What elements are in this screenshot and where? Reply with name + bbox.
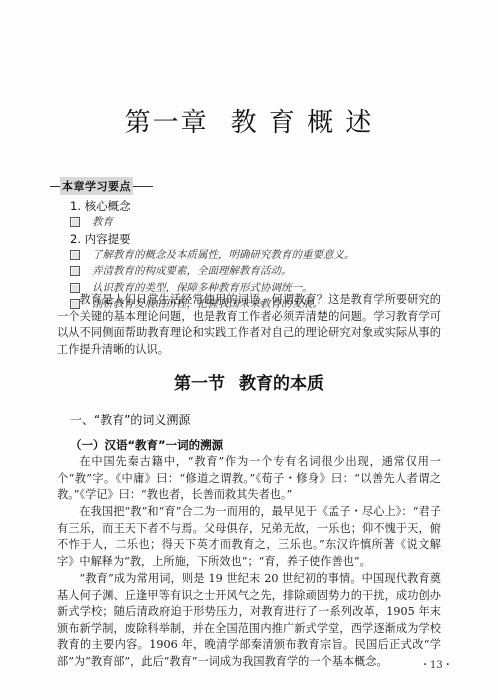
chapter-number: 第一章	[125, 108, 209, 138]
document-page: 第一章教 育 概 述 本章学习要点 1. 核心概念 教育 2. 内容提要 了解教…	[0, 0, 498, 700]
list-item: 弄清教育的构成要素，全面理解教育活动。	[70, 263, 355, 280]
content-heading: 2. 内容提要	[70, 231, 355, 247]
chapter-title: 第一章教 育 概 述	[0, 102, 498, 139]
list-item: 了解教育的概念及本质属性，明确研究教育的重要意义。	[70, 247, 355, 264]
section-name: 教育的本质	[239, 374, 324, 394]
list-item: 教育	[70, 214, 355, 231]
subsection-heading-1: 一、“教育”的词义溯源	[70, 411, 190, 428]
checkbox-icon	[70, 250, 80, 260]
core-concepts-heading: 1. 核心概念	[70, 198, 355, 214]
checkbox-icon	[70, 266, 80, 276]
chapter-name: 教 育 概 述	[231, 108, 374, 138]
body-paragraph-2: 在我国把“教”和“育”合二为一而用的，最早见于《孟子・尽心上》：“君子有三乐，而…	[57, 504, 441, 570]
checkbox-icon	[70, 217, 80, 227]
body-paragraph-1: 在中国先秦古籍中，“教育”作为一个专有名词很少出现，通常仅用一个“教”字。《中庸…	[57, 454, 441, 504]
subsection-heading-2: （一）汉语“教育”一词的溯源	[70, 437, 223, 453]
section-title: 第一节教育的本质	[0, 369, 498, 394]
divider-right	[133, 186, 153, 187]
intro-paragraph: 教育是人们日常生活经常使用的词语。何谓教育？这是教育学所要研究的一个关键的基本理…	[57, 292, 441, 358]
key-points-header: 本章学习要点	[50, 178, 153, 194]
divider-left	[50, 186, 60, 187]
body-paragraph-3: “教育”成为常用词，则是 19 世纪末 20 世纪初的事情。中国现代教育奠基人何…	[57, 571, 441, 671]
page-number: ・13・	[420, 656, 453, 671]
key-points-label: 本章学习要点	[60, 177, 133, 195]
section-number: 第一节	[174, 374, 225, 394]
